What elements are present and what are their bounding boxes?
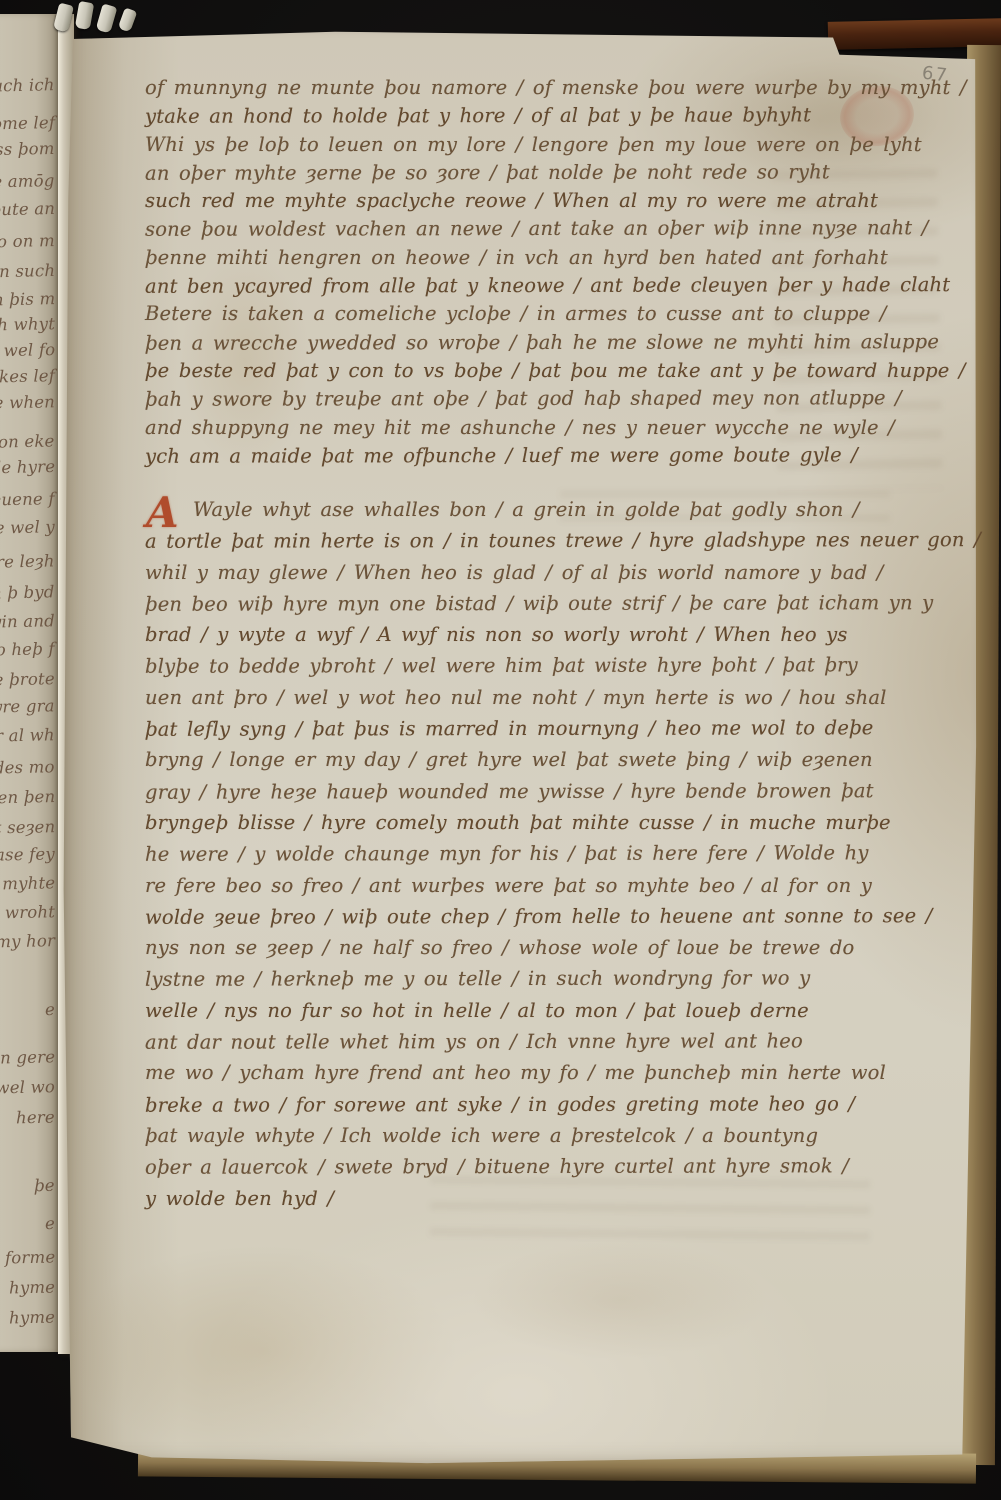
- facing-page-text-fragment: hyme: [9, 1278, 56, 1298]
- facing-page-text-fragment: ef men þen: [0, 787, 55, 808]
- manuscript-line: nys non se ȝeep / ne half so freo / whos…: [145, 932, 893, 963]
- manuscript-line: whil y may glewe / When heo is glad / of…: [145, 557, 893, 588]
- facing-page-text-fragment: n myhte: [0, 873, 55, 893]
- manuscript-line: þenne mihti hengren on heowe / in vch an…: [145, 244, 893, 272]
- manuscript-line: such red me myhte spaclyche reowe / When…: [145, 187, 893, 215]
- facing-page-text-fragment: l y wroht: [0, 902, 55, 923]
- facing-page-text-fragment: wuch ich: [0, 75, 55, 96]
- facing-page-text-fragment: e he wel fo: [0, 340, 55, 361]
- manuscript-line: lystne me / herkneþ me y ou telle / in s…: [145, 963, 893, 996]
- facing-page-text-fragment: lyhte ss þom: [0, 139, 55, 160]
- facing-page-text-fragment: n aboute an: [0, 199, 55, 220]
- facing-page-text-fragment: iode amōg: [0, 171, 55, 192]
- facing-page-text-fragment: hyme: [9, 1308, 56, 1328]
- manuscript-line: me wo / ycham hyre frend ant heo my fo /…: [145, 1057, 893, 1088]
- facing-page-text-fragment: yre þrote: [0, 669, 55, 690]
- lyric-paragraph: Wayle whyt ase whalles bon / a grein in …: [145, 494, 893, 1214]
- sewing-tab: [75, 1, 94, 30]
- manuscript-line: sone þou woldest vachen an newe / ant ta…: [145, 215, 893, 245]
- facing-page-text-fragment: se when: [0, 392, 55, 412]
- manuscript-line: ant ben ycayred from alle þat y kneowe /…: [145, 271, 893, 301]
- facing-page-text-fragment: o rede hyre: [0, 457, 55, 478]
- manuscript-line: ych am a maide þat me ofþunche / luef me…: [145, 441, 893, 471]
- facing-page-text-fragment: lockes lef: [0, 366, 55, 387]
- manuscript-line: he were / y wolde chaunge myn for his / …: [145, 837, 893, 870]
- manuscript-line: blyþe to bedde ybroht / wel were him þat…: [145, 650, 893, 683]
- manuscript-line: ytake an hond to holde þat y hore / of a…: [145, 102, 893, 132]
- manuscript-line: þat wayle whyte / Ich wolde ich were a þ…: [145, 1120, 893, 1151]
- facing-page-text-fragment: l, euene f: [0, 489, 55, 510]
- facing-page-text-fragment: e: [45, 1214, 55, 1233]
- facing-page-text-fragment: or al wh: [0, 725, 55, 745]
- poem-ending-paragraph: of munnyng ne munte þou namore / of mens…: [145, 74, 893, 470]
- facing-page-text-fragment: e wel wo: [0, 1077, 55, 1098]
- facing-page-text-fragment: ham þis m: [0, 289, 55, 310]
- facing-page-text-fragment: þat seȝen: [0, 817, 55, 838]
- manuscript-line: þe beste red þat y con to vs boþe / þat …: [145, 357, 893, 385]
- manuscript-line: bryng / longe er my day / gret hyre wel …: [145, 744, 893, 775]
- facing-page-text-fragment: here: [16, 1108, 55, 1128]
- facing-page-text: wuch ichm bome leflyhte ss þomiode amōgn…: [0, 0, 58, 1500]
- sewing-tab: [96, 3, 118, 33]
- manuscript-line: þen a wrecche ywedded so wroþe / þah he …: [145, 328, 893, 358]
- facing-page-text-fragment: þe: [34, 1176, 55, 1195]
- manuscript-line: þen beo wiþ hyre myn one bistad / wiþ ou…: [145, 587, 893, 620]
- manuscript-line: of munnyng ne munte þou namore / of mens…: [145, 74, 893, 102]
- manuscript-line: bryngeþ blisse / hyre comely mouth þat m…: [145, 807, 893, 838]
- manuscript-line: þah y swore by treuþe ant oþe / þat god …: [145, 384, 893, 414]
- manuscript-line: and shuppyng ne mey hit me ashunche / ne…: [145, 414, 893, 442]
- facing-page-text-fragment: re leȝh: [0, 551, 55, 571]
- manuscript-line: uen ant þro / wel y wot heo nul me noht …: [145, 682, 893, 713]
- manuscript-line: re fere beo so freo / ant wurþes were þa…: [145, 870, 893, 901]
- facing-page-text-fragment: uch whyt: [0, 314, 55, 335]
- manuscript-line: Betere is taken a comeliche ycloþe / in …: [145, 300, 893, 328]
- manuscript-line: ant dar nout telle whet him ys on / Ich …: [145, 1025, 893, 1058]
- manuscript-photo: wuch ichm bome leflyhte ss þomiode amōgn…: [0, 0, 1001, 1500]
- manuscript-line: Wayle whyt ase whalles bon / a grein in …: [145, 494, 893, 525]
- manuscript-line: Whi ys þe loþ to leuen on my lore / leng…: [145, 131, 893, 159]
- facing-page-text-fragment: þe wel y: [0, 517, 55, 537]
- sewing-tab: [118, 7, 138, 32]
- facing-page-text-fragment: ayin and: [0, 611, 55, 632]
- manuscript-line: an oþer myhte ȝerne þe so ȝore / þat nol…: [145, 158, 893, 188]
- facing-page-text-fragment: ase fey: [0, 844, 55, 864]
- facing-page-text-fragment: heo heþ f: [0, 639, 55, 660]
- manuscript-line: brad / y wyte a wyf / A wyf nis non so w…: [145, 619, 893, 650]
- facing-page-text-fragment: on gere: [0, 1047, 55, 1067]
- facing-page-text-fragment: ndes mo: [0, 757, 55, 777]
- facing-page-text-fragment: on eke: [0, 431, 55, 451]
- facing-page-text-fragment: hyre gra: [0, 696, 55, 717]
- manuscript-line: y wolde ben hyd /: [145, 1183, 893, 1214]
- manuscript-line: oþer a lauercok / swete bryd / bituene h…: [145, 1150, 893, 1183]
- facing-page-text-fragment: te my hor: [0, 931, 55, 952]
- facing-page-text-fragment: eþ non such: [0, 261, 55, 282]
- facing-page-text-fragment: forme: [4, 1247, 55, 1267]
- facing-page-text-fragment: n heo on m: [0, 231, 55, 252]
- facing-page-text-fragment: m bome lef: [0, 113, 55, 134]
- facing-page-text-fragment: e: [45, 1000, 55, 1019]
- manuscript-line: gray / hyre heȝe haueþ wounded me ywisse…: [145, 775, 893, 808]
- manuscript-line: welle / nys no fur so hot in helle / al …: [145, 995, 893, 1026]
- manuscript-line: a tortle þat min herte is on / in tounes…: [145, 525, 893, 558]
- manuscript-line: þat lefly syng / þat þus is marred in mo…: [145, 712, 893, 745]
- facing-page-text-fragment: n þ byd: [0, 582, 55, 602]
- manuscript-line: breke a two / for sorewe ant syke / in g…: [145, 1088, 893, 1121]
- manuscript-line: wolde ȝeue þreo / wiþ oute chep / from h…: [145, 900, 893, 933]
